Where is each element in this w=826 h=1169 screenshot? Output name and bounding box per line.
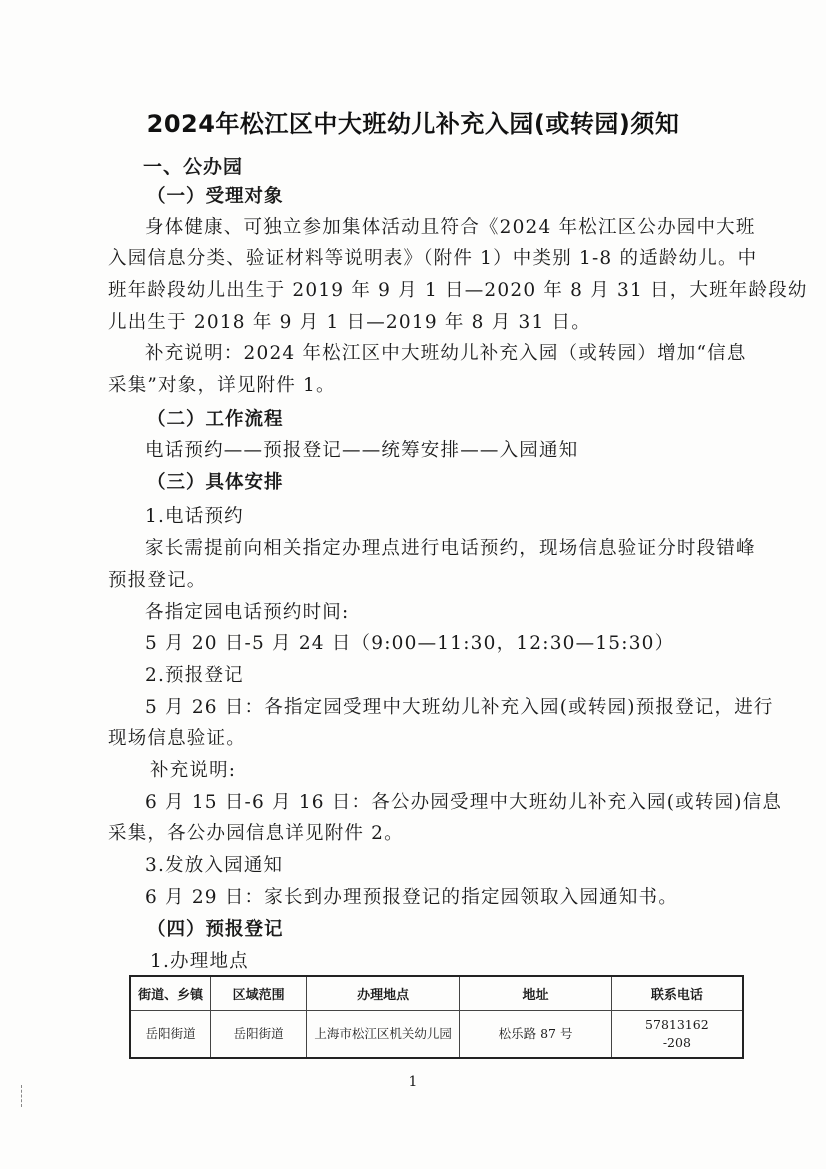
column-header-town: 街道、乡镇: [130, 976, 211, 1011]
paragraph-line: 身体健康、可独立参加集体活动且符合《2024 年松江区公办园中大班: [145, 214, 753, 242]
item-heading-locations: 1.办理地点: [150, 948, 249, 976]
table-row: 岳阳街道 岳阳街道 上海市松江区机关幼儿园 松乐路 87 号 57813162 …: [130, 1011, 743, 1059]
subsection-heading-workflow: （二）工作流程: [147, 406, 284, 434]
supplement-note-label: 补充说明:: [150, 757, 236, 785]
cell-area: 岳阳街道: [211, 1011, 307, 1059]
workflow-steps: 电话预约——预报登记——统筹安排——入园通知: [145, 437, 578, 465]
section-heading-public-kindergarten: 一、公办园: [143, 153, 243, 181]
scan-margin-mark: [21, 1085, 24, 1107]
paragraph-line: 现场信息验证。: [108, 725, 246, 753]
registration-sites-table: 街道、乡镇 区域范围 办理地点 地址 联系电话 岳阳街道 岳阳街道 上海市松江区…: [129, 975, 744, 1059]
table-header-row: 街道、乡镇 区域范围 办理地点 地址 联系电话: [130, 976, 743, 1011]
booking-time-value: 5 月 20 日-5 月 24 日（9:00—11:30，12:30—15:30…: [145, 630, 674, 658]
paragraph-line: 6 月 29 日：家长到办理预报登记的指定园领取入园通知书。: [145, 884, 678, 912]
column-header-area: 区域范围: [211, 976, 307, 1011]
cell-town: 岳阳街道: [130, 1011, 211, 1059]
subsection-heading-arrangements: （三）具体安排: [147, 469, 284, 497]
subsection-heading-pre-registration: （四）预报登记: [147, 916, 284, 944]
cell-phone: 57813162 -208: [611, 1011, 743, 1059]
paragraph-line: 5 月 26 日：各指定园受理中大班幼儿补充入园(或转园)预报登记，进行: [145, 694, 774, 722]
item-heading-admission-notice: 3.发放入园通知: [145, 852, 283, 880]
cell-site: 上海市松江区机关幼儿园: [306, 1011, 459, 1059]
phone-extension: -208: [616, 1034, 738, 1052]
supplement-note-line: 采集”对象，详见附件 1。: [108, 372, 336, 400]
column-header-address: 地址: [460, 976, 611, 1011]
phone-number: 57813162: [616, 1016, 738, 1034]
column-header-site: 办理地点: [306, 976, 459, 1011]
column-header-phone: 联系电话: [611, 976, 743, 1011]
booking-time-label: 各指定园电话预约时间:: [145, 599, 349, 627]
cell-address: 松乐路 87 号: [460, 1011, 611, 1059]
subsection-heading-eligibility: （一）受理对象: [147, 183, 284, 211]
supplement-note-line: 补充说明：2024 年松江区中大班幼儿补充入园（或转园）增加“信息: [145, 340, 747, 368]
paragraph-line: 入园信息分类、验证材料等说明表》（附件 1）中类别 1-8 的适龄幼儿。中: [108, 245, 757, 273]
paragraph-line: 儿出生于 2018 年 9 月 1 日—2019 年 8 月 31 日。: [108, 309, 591, 337]
item-heading-phone-booking: 1.电话预约: [145, 503, 244, 531]
paragraph-line: 预报登记。: [108, 567, 207, 595]
paragraph-line: 班年龄段幼儿出生于 2019 年 9 月 1 日—2020 年 8 月 31 日…: [108, 277, 808, 305]
document-title: 2024年松江区中大班幼儿补充入园(或转园)须知: [0, 104, 826, 139]
paragraph-line: 采集，各公办园信息详见附件 2。: [108, 820, 404, 848]
document-page: 2024年松江区中大班幼儿补充入园(或转园)须知 一、公办园 （一）受理对象 身…: [0, 0, 826, 1169]
paragraph-line: 6 月 15 日-6 月 16 日：各公办园受理中大班幼儿补充入园(或转园)信息: [145, 789, 782, 817]
item-heading-pre-registration: 2.预报登记: [145, 662, 244, 690]
page-number: 1: [0, 1074, 826, 1090]
paragraph-line: 家长需提前向相关指定办理点进行电话预约，现场信息验证分时段错峰: [145, 535, 756, 563]
